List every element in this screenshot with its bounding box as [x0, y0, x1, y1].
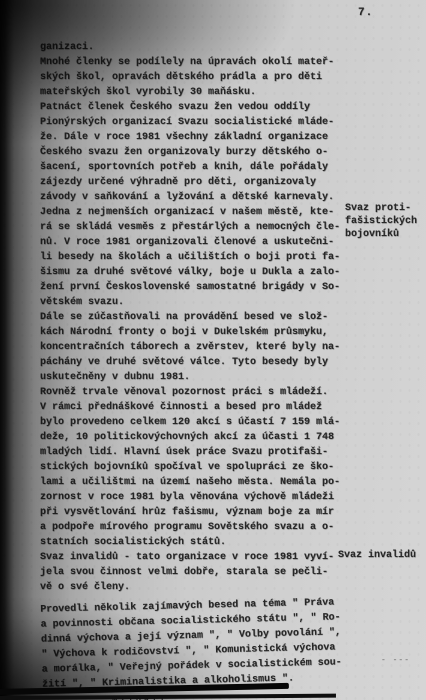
body-text-block-tilted: Provedli několik zajímavých besed na tém… — [40, 595, 354, 693]
body-text-line: statních socialistických států. — [40, 535, 352, 550]
body-text-line: mladých lidí. Hlavní úsek práce Svazu pr… — [40, 445, 352, 460]
body-text-line: Českého svazu žen organizovaly burzy dět… — [40, 145, 352, 160]
body-text-line: Svaz invalidů - tato organizace v roce 1… — [40, 550, 352, 565]
stray-pencil-marks: - --- — [381, 656, 410, 665]
margin-note-svaz-invalidu: Svaz invalidů — [338, 549, 416, 562]
body-text-line: koncentračních táborech a zvěrstev, kter… — [40, 340, 352, 355]
body-text-line: nů. V roce 1981 organizovali členové a u… — [40, 235, 352, 250]
body-text-line: páchány ve druhé světové válce. Tyto bes… — [40, 355, 352, 370]
body-text-line: Mnohé členky se podílely na úpravách oko… — [40, 55, 352, 70]
body-text-line: Jedna z nejmenších organizací v našem mě… — [40, 205, 352, 220]
body-text-line: zornost v roce 1981 byla věnována výchov… — [40, 490, 352, 505]
body-text-line: šacení, sportovních potřeb a knih, dále … — [40, 160, 352, 175]
body-text-line: rá se skládá vesměs z přestárlých a nemo… — [40, 220, 352, 235]
illegible-text-fragment: wlinali — [112, 695, 167, 700]
scan-artifact-bar-thin — [0, 694, 336, 700]
body-text-line: větském svazu. — [40, 295, 352, 310]
body-text-line: ských škol, opravách dětského prádla a p… — [40, 70, 352, 85]
page-number: 7. — [358, 7, 373, 19]
body-text-line: a podpoře mírového programu Sovětského s… — [40, 520, 352, 535]
margin-note-line: Svaz invalidů — [338, 549, 416, 562]
body-text-line: li besedy na školách a učilištích o boji… — [40, 250, 352, 265]
body-text-line: V rámci přednáškové činnosti a besed pro… — [40, 400, 352, 415]
scanned-document-page: 7. ganizaci.Mnohé členky se podílely na … — [0, 0, 426, 700]
body-text-line: bylo provedeno celkem 120 akcí s účastí … — [40, 415, 352, 430]
body-text-line: závody v saňkování a lyžování a dětské k… — [40, 190, 352, 205]
body-text-line: deže, 10 politickovýchovných akcí za úča… — [40, 430, 352, 445]
body-text-line: při vysvětlování hrůz fašismu, význam bo… — [40, 505, 352, 520]
body-text-line: Dále se zúčastňovali na provádění besed … — [40, 310, 352, 325]
body-text-line: zájezdy určené výhradně pro děti, organi… — [40, 175, 352, 190]
body-text-line: lami a učilištmi na území našeho města. … — [40, 475, 352, 490]
margin-note-line: fašistických — [345, 215, 417, 228]
body-text-line: ganizaci. — [40, 40, 352, 55]
margin-note-svaz-protifasistickych-bojovniku: Svaz proti-fašistickýchbojovníků — [345, 202, 417, 241]
body-text-line: že. Dále v roce 1981 všechny základní or… — [40, 130, 352, 145]
margin-note-line: Svaz proti- — [345, 202, 417, 215]
body-text-line: uskutečněny v dubnu 1981. — [40, 370, 352, 385]
illegible-text-fragment-glyphs: wlinali — [112, 695, 167, 700]
body-text-block: ganizaci.Mnohé členky se podílely na úpr… — [40, 40, 352, 595]
body-text-line: Pionýrských organizací Svazu socialistic… — [40, 115, 352, 130]
body-text-line: Patnáct členek Českého svazu žen vedou o… — [40, 100, 352, 115]
body-text-line: žení první Československé samostatné bri… — [40, 280, 352, 295]
margin-note-line: bojovníků — [345, 228, 417, 241]
body-text-line: stických bojovníků spočíval ve spoluprác… — [40, 460, 352, 475]
body-text-line: kách Národní fronty o boji v Dukelském p… — [40, 325, 352, 340]
body-text-line: jela svou činnost velmi dobře, starala s… — [40, 565, 352, 580]
body-text-line: mateřských škol vyrobily 30 maňásku. — [40, 85, 352, 100]
body-text-line: vě o své členy. — [40, 580, 352, 595]
body-text-line: Rovněž trvale věnoval pozornost práci s … — [40, 385, 352, 400]
body-text-line: šismu za druhé světové války, boje u Duk… — [40, 265, 352, 280]
